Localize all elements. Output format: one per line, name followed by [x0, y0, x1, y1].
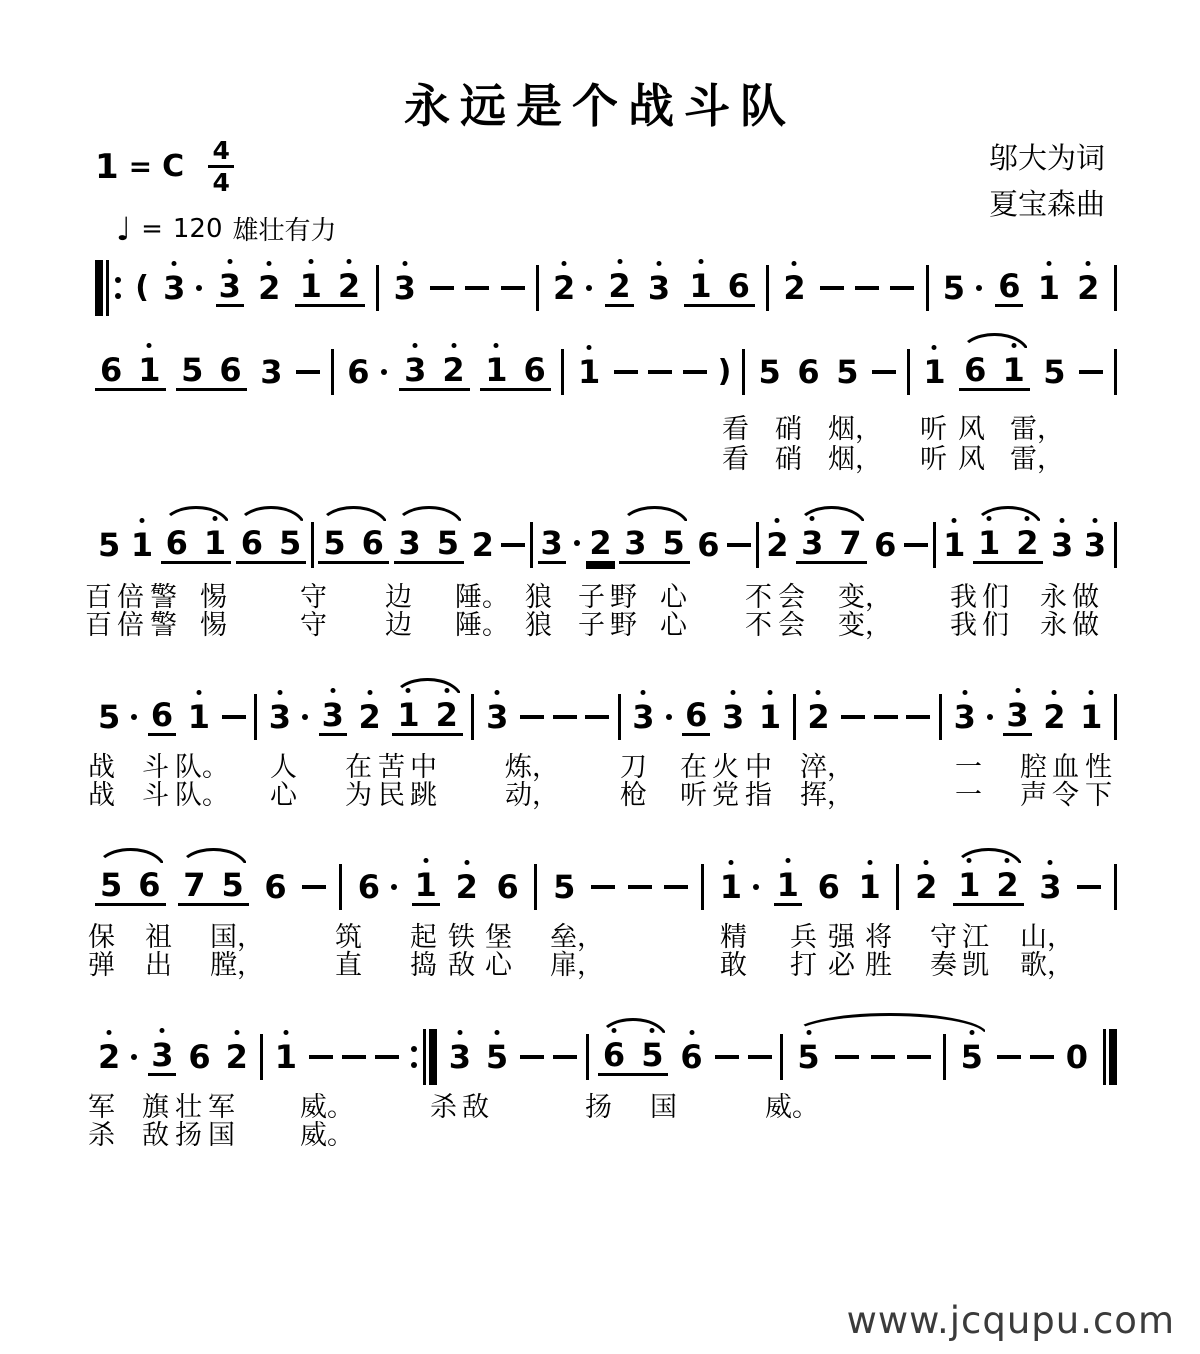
note-digit: 5 — [323, 527, 345, 559]
slur-group: 61 — [161, 527, 232, 564]
duration-dash — [501, 286, 525, 290]
note-digit: 3 — [648, 272, 670, 304]
note: 3 — [148, 1039, 176, 1076]
note-digit: 2 — [258, 272, 280, 304]
tempo-expression: 雄壮有力 — [233, 210, 337, 247]
lyric-char: 陲。 — [455, 584, 509, 611]
note-digit: 3 — [269, 701, 291, 733]
key-tonic-number: 1 — [95, 147, 119, 187]
augmentation-dot — [196, 285, 202, 291]
note-digit: 3 — [1006, 699, 1028, 731]
lyric-char: 必 — [828, 952, 855, 979]
lyric-char: 做 — [1072, 612, 1099, 639]
lyric-char: 守 — [300, 612, 327, 639]
duration-dash — [342, 1055, 366, 1059]
lyric-char: 威。 — [300, 1094, 354, 1121]
augmentation-dot — [381, 369, 387, 375]
key-signature: 1 = C 4 4 — [95, 138, 234, 195]
note: 2 — [780, 272, 808, 304]
octave-dot — [1015, 688, 1020, 693]
lyric-char: 守 — [930, 924, 957, 951]
octave-dot — [451, 343, 456, 348]
note-digit: 3 — [1084, 529, 1106, 561]
duration-dash — [890, 286, 914, 290]
note: 3 — [719, 701, 747, 733]
octave-dot — [402, 261, 407, 266]
duration-dash — [648, 370, 672, 374]
lyric-char: 为 — [345, 782, 372, 809]
lyric-char: 子 — [578, 612, 605, 639]
octave-dot — [267, 261, 272, 266]
lyric-char: 烟， — [828, 416, 882, 443]
note: 6 — [185, 1041, 213, 1073]
note: 6 — [725, 270, 753, 302]
octave-dot — [785, 858, 790, 863]
lyric-char: 党 — [712, 782, 739, 809]
time-denominator: 4 — [212, 170, 229, 195]
note-digit: 3 — [954, 701, 976, 733]
note: 3 — [160, 272, 188, 304]
lyric-char: 精 — [720, 924, 747, 951]
note: 2 — [433, 699, 461, 731]
note-digit: 6 — [138, 869, 160, 901]
note: 5 — [756, 356, 784, 388]
octave-dot — [139, 518, 144, 523]
time-signature: 4 4 — [208, 138, 234, 195]
lyric-char: 永 — [1040, 584, 1067, 611]
note: 3 — [1081, 529, 1109, 561]
note-digit: 3 — [260, 356, 282, 388]
note: 2 — [1013, 527, 1041, 559]
note-digit: 6 — [347, 356, 369, 388]
notation-line-6: 2362135656550 — [95, 1027, 1117, 1087]
note-digit: 7 — [183, 869, 205, 901]
lyrics-row-5-2: 弹出膛，直捣敌心扉，敢打必胜奏凯歌， — [0, 952, 1200, 982]
lyric-char: 野 — [610, 612, 637, 639]
lyric-char: 倍 — [117, 612, 144, 639]
lyric-char: 队。 — [175, 782, 229, 809]
lyric-char: 直 — [335, 952, 362, 979]
note-digit: 2 — [783, 272, 805, 304]
note-digit: 3 — [151, 1039, 173, 1071]
barline — [536, 265, 539, 311]
note-digit: 3 — [394, 272, 416, 304]
note: 1 — [128, 529, 156, 561]
lyric-char: 变， — [838, 584, 892, 611]
lyric-char: 扬 — [175, 1122, 202, 1149]
lyric-char: 威。 — [300, 1122, 354, 1149]
barline — [254, 694, 257, 740]
octave-dot — [367, 690, 372, 695]
lyric-char: 炼， — [505, 754, 559, 781]
octave-dot — [810, 516, 815, 521]
lyric-char: 威。 — [765, 1094, 819, 1121]
note: 2 — [550, 272, 578, 304]
note-digit: 5 — [662, 527, 684, 559]
lyric-char: 刀 — [620, 754, 647, 781]
note-digit: 3 — [722, 701, 744, 733]
octave-dot — [932, 345, 937, 350]
note: 2 — [1074, 272, 1102, 304]
duration-dash — [296, 370, 320, 374]
lyric-char: 中 — [745, 754, 772, 781]
duration-dash — [222, 715, 246, 719]
note-digit: 1 — [1080, 701, 1102, 733]
beam-group: 12 — [295, 270, 366, 307]
octave-dot — [1052, 690, 1057, 695]
note-digit: 1 — [689, 270, 711, 302]
note-digit: 2 — [472, 529, 494, 561]
octave-dot — [562, 261, 567, 266]
lyric-char: 下 — [1085, 782, 1112, 809]
lyric-char: 战 — [88, 782, 115, 809]
duration-dash — [855, 286, 879, 290]
lyric-char: 苦 — [378, 754, 405, 781]
lyric-char: 山， — [1020, 924, 1074, 951]
lyric-char: 在 — [345, 754, 372, 781]
note-digit: 2 — [766, 529, 788, 561]
note-digit: 0 — [1066, 1041, 1088, 1073]
note: 5 — [218, 869, 246, 901]
note-digit: 2 — [589, 527, 611, 559]
note-digit: 6 — [362, 527, 384, 559]
lyric-char: 狼 — [525, 584, 552, 611]
duration-dash — [553, 715, 577, 719]
lyric-char: 起 — [410, 924, 437, 951]
barline — [793, 694, 796, 740]
note: 6 — [344, 356, 372, 388]
repeat-end-barline — [408, 1029, 437, 1085]
note: 5 — [940, 272, 968, 304]
note: 2 — [912, 871, 940, 903]
octave-dot — [641, 690, 646, 695]
lyric-char: 民 — [378, 782, 405, 809]
octave-dot — [457, 1030, 462, 1035]
notation-line-2: 61563632161)5651615 — [95, 342, 1117, 402]
duration-dash — [520, 715, 544, 719]
barline — [907, 349, 910, 395]
note-digit: 6 — [818, 871, 840, 903]
note-digit: 5 — [641, 1039, 663, 1071]
note-digit: 5 — [221, 869, 243, 901]
octave-dot — [728, 860, 733, 865]
note: 5 — [638, 1039, 666, 1071]
note: 5 — [95, 701, 123, 733]
note: 2 — [335, 270, 363, 302]
augmentation-dot — [131, 1054, 137, 1060]
lyric-char: 筑 — [335, 924, 362, 951]
lyric-char: 硝 — [775, 446, 802, 473]
duration-dash — [904, 543, 928, 547]
note-digit: 5 — [437, 527, 459, 559]
octave-dot — [347, 259, 352, 264]
octave-dot — [494, 343, 499, 348]
barline — [561, 349, 564, 395]
duration-dash — [835, 1055, 859, 1059]
barline — [756, 522, 759, 568]
parenthesis: ) — [718, 357, 732, 387]
octave-dot — [1005, 858, 1010, 863]
note-digit: 2 — [1077, 272, 1099, 304]
note: 2 — [95, 1041, 123, 1073]
note: 3 — [538, 527, 566, 564]
lyric-char: 雷， — [1010, 446, 1064, 473]
note-digit: 2 — [608, 270, 630, 302]
note: 7 — [180, 869, 208, 901]
note: 3 — [1048, 529, 1076, 561]
lyric-char: 倍 — [117, 584, 144, 611]
note-digit: 2 — [456, 871, 478, 903]
lyric-char: 看 — [722, 416, 749, 443]
slur-group: 12 — [953, 869, 1024, 906]
note: 0 — [1063, 1041, 1091, 1073]
slur-group: 61 — [959, 354, 1030, 391]
lyric-char: 淬， — [800, 754, 854, 781]
song-title: 永远是个战斗队 — [0, 70, 1200, 136]
augmentation-dot — [586, 285, 592, 291]
note: 3 — [645, 272, 673, 304]
slur-group: 12 — [392, 699, 463, 736]
note: 1 — [686, 270, 714, 302]
lyric-char: 风 — [958, 446, 985, 473]
lyric-char: 斗 — [142, 782, 169, 809]
barline — [943, 1034, 946, 1080]
note: 3 — [266, 701, 294, 733]
note-digit: 5 — [98, 529, 120, 561]
credits: 邬大为词 夏宝森曲 — [989, 136, 1105, 229]
note: 5 — [794, 1041, 822, 1073]
note: 6 — [97, 354, 125, 386]
lyric-char: 心 — [660, 584, 687, 611]
octave-dot — [617, 259, 622, 264]
lyric-char: 保 — [88, 924, 115, 951]
note-digit: 1 — [978, 527, 1000, 559]
note-digit: 6 — [264, 871, 286, 903]
note: 6 — [216, 354, 244, 386]
note: 6 — [163, 527, 191, 559]
duration-dash — [614, 370, 638, 374]
lyric-char: 心 — [485, 952, 512, 979]
barline — [1114, 522, 1117, 568]
lyric-char: 不 — [745, 612, 772, 639]
note-digit: 1 — [1038, 272, 1060, 304]
note: 1 — [955, 869, 983, 901]
note-digit: 2 — [358, 701, 380, 733]
octave-dot — [806, 1030, 811, 1035]
lyric-char: 陲。 — [455, 612, 509, 639]
octave-dot — [234, 1030, 239, 1035]
duration-dash — [820, 286, 844, 290]
barline — [534, 864, 537, 910]
note: 2 — [763, 529, 791, 561]
lyric-char: 堡 — [485, 924, 512, 951]
note-digit: 6 — [603, 1039, 625, 1071]
note: 6 — [494, 871, 522, 903]
augmentation-dot — [302, 714, 308, 720]
note: 3 — [396, 527, 424, 559]
final-barline — [1100, 1029, 1117, 1085]
octave-dot — [792, 261, 797, 266]
lyric-char: 火 — [712, 754, 739, 781]
lyric-char: 令 — [1052, 782, 1079, 809]
lyric-char: 惕 — [200, 612, 227, 639]
note: 5 — [97, 869, 125, 901]
lyric-char: 扉， — [550, 952, 604, 979]
lyric-char: 捣 — [410, 952, 437, 979]
note-digit: 1 — [777, 869, 799, 901]
note: 3 — [446, 1041, 474, 1073]
lyric-char: 会 — [778, 584, 805, 611]
lyric-char: 看 — [722, 446, 749, 473]
octave-dot — [1093, 518, 1098, 523]
octave-dot — [969, 1030, 974, 1035]
octave-dot — [227, 259, 232, 264]
note: 1 — [774, 869, 802, 906]
note-digit: 6 — [797, 356, 819, 388]
notation-line-1: (3321232231625612 — [95, 258, 1117, 318]
note-digit: 1 — [138, 354, 160, 386]
note: 6 — [148, 699, 176, 736]
octave-dot — [967, 858, 972, 863]
lyric-char: 打 — [790, 952, 817, 979]
note-digit: 6 — [358, 871, 380, 903]
augmentation-dot — [574, 540, 580, 546]
lyric-char: 国， — [210, 924, 264, 951]
note: 6 — [794, 356, 822, 388]
octave-dot — [464, 860, 469, 865]
beam-group: 61 — [95, 354, 166, 391]
note-digit: 2 — [807, 701, 829, 733]
note: 6 — [815, 871, 843, 903]
lyric-char: 们 — [982, 584, 1009, 611]
note-digit: 6 — [728, 270, 750, 302]
barline — [260, 1034, 263, 1080]
note: 2 — [605, 270, 633, 307]
note: 1 — [412, 869, 440, 906]
key-equals: = — [129, 150, 152, 183]
note: 1 — [920, 356, 948, 388]
note-digit: 5 — [100, 869, 122, 901]
duration-dash — [664, 885, 688, 889]
lyric-char: 警 — [150, 612, 177, 639]
octave-dot — [147, 343, 152, 348]
note: 1 — [272, 1041, 300, 1073]
note: 6 — [871, 529, 899, 561]
time-numerator: 4 — [212, 138, 229, 163]
octave-dot — [283, 1030, 288, 1035]
note-digit: 1 — [204, 527, 226, 559]
lyric-char: 心 — [660, 612, 687, 639]
note: 6 — [261, 871, 289, 903]
note: 1 — [1077, 701, 1105, 733]
octave-dot — [444, 688, 449, 693]
barline — [896, 864, 899, 910]
note-digit: 7 — [839, 527, 861, 559]
note: 2 — [993, 869, 1021, 901]
key-letter: C — [162, 149, 184, 184]
note-digit: 6 — [524, 354, 546, 386]
duration-dash — [465, 286, 489, 290]
note-digit: 2 — [915, 871, 937, 903]
slur-group: 37 — [796, 527, 867, 564]
note-digit: 6 — [151, 699, 173, 731]
lyric-char: 军 — [88, 1094, 115, 1121]
note-digit: 5 — [553, 871, 575, 903]
octave-dot — [196, 690, 201, 695]
lyric-char: 烟， — [828, 446, 882, 473]
lyric-char: 人 — [270, 754, 297, 781]
note: 3 — [257, 356, 285, 388]
duration-dash — [1030, 1055, 1054, 1059]
note-digit: 3 — [801, 527, 823, 559]
note: 2 — [1040, 701, 1068, 733]
lyric-char: 旗 — [142, 1094, 169, 1121]
note-digit: 1 — [859, 871, 881, 903]
barline — [331, 349, 334, 395]
lyric-char: 雷， — [1010, 416, 1064, 443]
octave-dot — [1011, 343, 1016, 348]
note: 1 — [856, 871, 884, 903]
duration-dash — [553, 1055, 577, 1059]
note-digit: 3 — [1051, 529, 1073, 561]
barline — [1114, 864, 1117, 910]
beam-group: 32 — [399, 354, 470, 391]
lyric-char: 敌 — [142, 1122, 169, 1149]
barline — [311, 522, 314, 568]
octave-dot — [1089, 690, 1094, 695]
lyric-char: 江 — [962, 924, 989, 951]
duration-dash — [997, 1055, 1021, 1059]
augmentation-dot — [987, 714, 993, 720]
octave-dot — [277, 690, 282, 695]
note: 2 — [804, 701, 832, 733]
lyricist-credit: 邬大为词 — [989, 136, 1105, 182]
repeat-begin-barline — [95, 260, 124, 316]
duration-dash — [591, 885, 615, 889]
tempo-marking: ♩ = 120 雄壮有力 — [116, 210, 337, 247]
note: 1 — [575, 356, 603, 388]
note: 2 — [355, 701, 383, 733]
note-digit: 3 — [322, 699, 344, 731]
barline — [339, 864, 342, 910]
note: 2 — [469, 529, 497, 561]
note-digit: 6 — [241, 527, 263, 559]
beam-group: 16 — [684, 270, 755, 307]
note: 5 — [434, 527, 462, 559]
note: 3 — [951, 701, 979, 733]
lyric-char: 风 — [958, 416, 985, 443]
octave-dot — [924, 860, 929, 865]
note: 5 — [483, 1041, 511, 1073]
barline — [1114, 694, 1117, 740]
lyric-char: 野 — [610, 584, 637, 611]
octave-dot — [587, 345, 592, 350]
lyric-char: 指 — [745, 782, 772, 809]
parenthesis: ( — [135, 273, 149, 303]
note-digit: 2 — [553, 272, 575, 304]
lyric-char: 敌 — [462, 1094, 489, 1121]
octave-dot — [495, 1030, 500, 1035]
sheet-music-page: 永远是个战斗队 1 = C 4 4 ♩ = 120 雄壮有力 邬大为词 夏宝森曲… — [0, 0, 1200, 1354]
notation-line-4: 561332123363123321 — [95, 687, 1117, 747]
slur-group: 75 — [178, 869, 249, 906]
note-digit: 6 — [964, 354, 986, 386]
note: 6 — [600, 1039, 628, 1071]
duration-dash — [1079, 370, 1103, 374]
lyric-char: 凯 — [962, 952, 989, 979]
barline — [766, 265, 769, 311]
lyric-char: 杀 — [430, 1094, 457, 1121]
